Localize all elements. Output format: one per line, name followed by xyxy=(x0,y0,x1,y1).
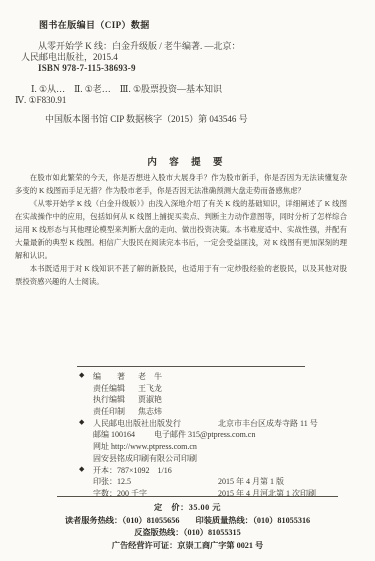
edition: 2015 年 4 月第 1 版 xyxy=(218,476,284,487)
website: 网址 http://www.ptpress.com.cn xyxy=(93,442,197,451)
price-line: 定 价：35.00 元 xyxy=(0,502,375,513)
quality-hotline: 印装质量热线：（010）81055316 xyxy=(196,515,311,526)
staff-role: 责任印制 xyxy=(93,406,127,417)
colophon-top-rule xyxy=(77,366,305,367)
diamond-bullet-icon: ◆ xyxy=(79,465,84,473)
impression: 2015 年 4 月河北第 1 次印刷 xyxy=(218,488,316,499)
cip-publisher-line: 人民邮电出版社，2015.4 xyxy=(21,52,118,63)
staff-row-author: ◆ 编 著 老 牛 xyxy=(0,371,375,383)
cip-isbn: ISBN 978-7-115-38693-9 xyxy=(38,63,136,74)
staff-role: 编 著 xyxy=(93,371,127,382)
staff-row-print-supervisor: 责任印制 焦志炜 xyxy=(0,406,375,418)
sheets-row: 印张：12.5 2015 年 4 月第 1 版 xyxy=(0,476,375,488)
staff-name: 焦志炜 xyxy=(138,406,162,417)
abstract-title: 内 容 提 要 xyxy=(0,154,375,168)
email: 电子邮件 315@ptpress.com.cn xyxy=(154,429,255,440)
staff-name: 贾淑艳 xyxy=(138,394,162,405)
printed-sheets: 印张：12.5 xyxy=(93,477,131,486)
staff-name: 王飞龙 xyxy=(138,383,162,394)
format-row: ◆ 开本：787×1092 1/16 xyxy=(0,465,375,477)
reader-hotline: 读者服务热线：（010）81055656 xyxy=(65,516,180,525)
publisher-row: ◆ 人民邮电出版社出版发行 北京市丰台区成寿寺路 11 号 xyxy=(0,418,375,430)
abstract-paragraph: 《从零开始学 K 线（白金升级版）》由浅入深地介绍了有关 K 线的基础知识，详细… xyxy=(15,197,347,262)
diamond-bullet-icon: ◆ xyxy=(79,418,84,426)
words-row: 字数：200 千字 2015 年 4 月河北第 1 次印刷 xyxy=(0,488,375,500)
staff-role: 责任编辑 xyxy=(93,383,127,394)
staff-row-executive-editor: 执行编辑 贾淑艳 xyxy=(0,394,375,406)
postcode-email-row: 邮编 100164 电子邮件 315@ptpress.com.cn xyxy=(0,429,375,441)
ad-license: 广告经营许可证：京崇工商广字第 0021 号 xyxy=(0,540,375,551)
diamond-bullet-icon: ◆ xyxy=(79,371,84,379)
staff-name: 老 牛 xyxy=(138,371,162,382)
staff-role: 执行编辑 xyxy=(93,394,127,405)
postcode: 邮编 100164 xyxy=(93,430,135,439)
piracy-hotline: 反盗版热线：（010）81055315 xyxy=(0,527,375,538)
printer: 固安县铭成印刷有限公司印刷 xyxy=(93,454,197,463)
cip-record-number: 中国版本图书馆 CIP 数据核字（2015）第 043546 号 xyxy=(45,114,248,125)
colophon-bottom-rule xyxy=(57,496,338,497)
printer-row: 固安县铭成印刷有限公司印刷 xyxy=(0,453,375,465)
cip-classification: Ⅰ. ①从… Ⅱ. ①老… Ⅲ. ①股票投资—基本知识 xyxy=(31,84,222,95)
cip-heading: 图书在版编目（CIP）数据 xyxy=(39,20,150,31)
abstract-body: 在股市如此繁荣的今天，你是否想进入股市大展身手？作为股市新手，你是否因为无法读懂… xyxy=(15,171,347,288)
abstract-paragraph: 在股市如此繁荣的今天，你是否想进入股市大展身手？作为股市新手，你是否因为无法读懂… xyxy=(15,171,347,197)
cip-title-line: 从零开始学 K 线：白金升级版 / 老牛编著. —北京： xyxy=(38,41,241,52)
staff-row-editor: 责任编辑 王飞龙 xyxy=(0,383,375,395)
colophon-block: ◆ 编 著 老 牛 责任编辑 王飞龙 执行编辑 贾淑艳 责任印制 焦志炜 ◆ 人… xyxy=(0,371,375,500)
website-row: 网址 http://www.ptpress.com.cn xyxy=(0,441,375,453)
publisher-address: 北京市丰台区成寿寺路 11 号 xyxy=(218,418,318,429)
book-format: 开本：787×1092 1/16 xyxy=(93,466,172,475)
abstract-paragraph: 本书既适用于对 K 线知识不甚了解的新股民，也适用于有一定炒股经验的老股民，以及… xyxy=(15,262,347,288)
copyright-page: 图书在版编目（CIP）数据 从零开始学 K 线：白金升级版 / 老牛编著. —北… xyxy=(0,0,375,561)
hotline-row: 读者服务热线：（010）81055656 印装质量热线：（010）8105531… xyxy=(0,515,375,526)
cip-classification-cont: Ⅳ. ①F830.91 xyxy=(15,95,66,106)
publisher-name: 人民邮电出版社出版发行 xyxy=(93,419,181,428)
